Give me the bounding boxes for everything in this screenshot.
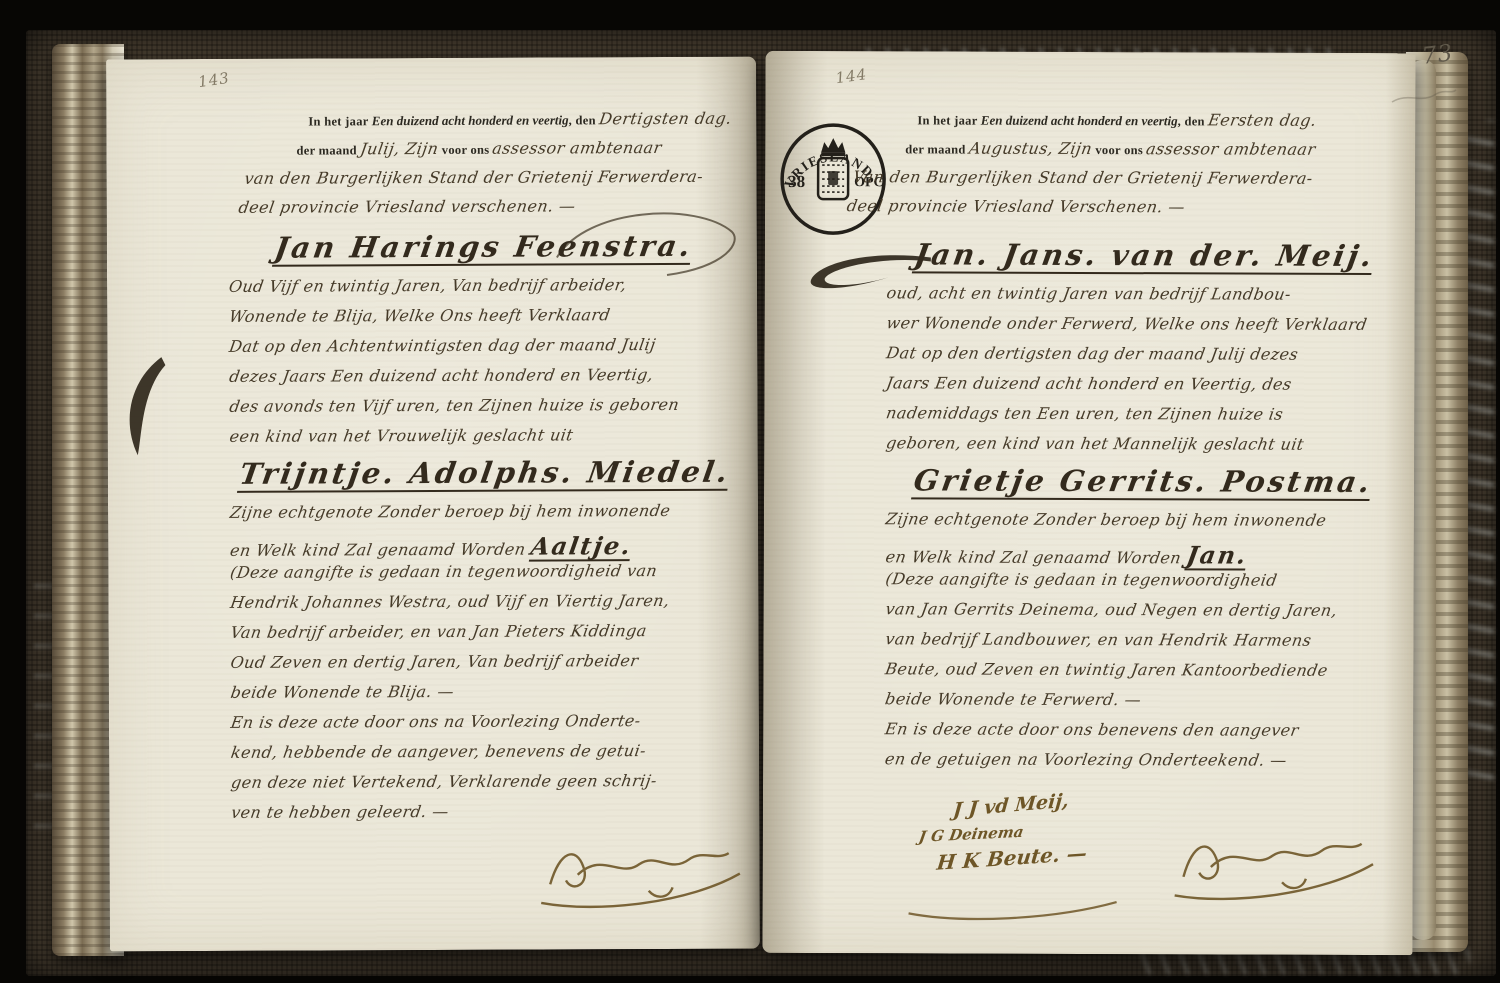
- manuscript-line: Jaars Een duizend acht honderd en Veerti…: [886, 373, 1401, 405]
- manuscript-line: van Jan Gerrits Deinema, oud Negen en de…: [886, 599, 1401, 631]
- manuscript-line: Dat op den dertigsten dag der maand Juli…: [886, 343, 1401, 375]
- handwritten-text: Dat op den Achtentwintigsten dag der maa…: [228, 335, 657, 356]
- declarant-name: Jan Harings Feenstra.: [229, 229, 739, 277]
- handwritten-text: Beute, oud Zeven en twintig Jaren Kantoo…: [884, 659, 1329, 680]
- header-line: Van den Burgerlijken Stand der Grietenij…: [853, 167, 1375, 198]
- manuscript-line: Zijne echtgenote Zonder beroep bij hem i…: [886, 509, 1401, 541]
- official-signature: [1158, 813, 1393, 913]
- mother-name: Grietje Gerrits. Postma.: [886, 463, 1401, 511]
- witness-signature: J J vd Meij,: [952, 788, 1088, 821]
- handwritten-text: Van bedrijf arbeider, en van Jan Pieters…: [229, 621, 648, 642]
- handwritten-text: geboren, een kind van het Mannelijk gesl…: [885, 433, 1306, 453]
- manuscript-line: beide Wonende te Blija. —: [231, 681, 741, 713]
- manuscript-line: des avonds ten Vijf uren, ten Zijnen hui…: [230, 395, 740, 427]
- act-header: In het jaar Een duizend acht honderd en …: [296, 109, 737, 227]
- manuscript-line: en de getuigen na Voorlezing Onderteeken…: [885, 749, 1400, 781]
- manuscript-line: Oud Zeven en dertig Jaren, Van bedrijf a…: [231, 651, 741, 683]
- child-name: Aaltje.: [529, 531, 634, 560]
- handwritten-text: Julij, Zijn: [359, 139, 440, 158]
- header-line: van den Burgerlijken Stand der Grietenij…: [245, 167, 737, 198]
- ink-flourish: [111, 351, 171, 461]
- handwritten-text: En is deze acte door ons na Voorlezing O…: [229, 711, 642, 732]
- handwritten-text: Eersten dag.: [1207, 110, 1318, 129]
- header-line: In het jaar Een duizend acht honderd en …: [917, 109, 1375, 140]
- handwritten-text: oud, acht en twintig Jaren van bedrijf L…: [885, 283, 1292, 303]
- handwritten-text: wer Wonende onder Ferwerd, Welke ons hee…: [885, 313, 1368, 334]
- manuscript-line: Oud Vijf en twintig Jaren, Van bedrijf a…: [229, 275, 739, 307]
- handwritten-text: Oud Vijf en twintig Jaren, Van bedrijf a…: [228, 275, 628, 296]
- printed-text: Een duizend acht honderd en veertig: [372, 112, 569, 128]
- manuscript-line: kend, hebbende de aangever, benevens de …: [231, 741, 741, 773]
- handwritten-text: (Deze aangifte is gedaan in tegenwoordig…: [884, 569, 1278, 589]
- printed-text: Een duizend acht honderd en veertig: [981, 113, 1178, 129]
- printed-text: , den: [1178, 114, 1209, 128]
- page-number: 143: [197, 69, 231, 91]
- header-line: deel provincie Vriesland verschenen. —: [239, 196, 737, 227]
- witness-signature: H K Beute. —: [936, 841, 1089, 875]
- handwritten-text: Augustus, Zijn: [968, 139, 1094, 158]
- handwritten-text: beide Wonende te Ferwerd. —: [884, 689, 1143, 709]
- handwritten-text: assessor ambtenaar: [491, 138, 663, 158]
- handwritten-text: (Deze aangifte is gedaan in tegenwoordig…: [229, 561, 659, 582]
- handwritten-text: beide Wonende te Blija. —: [229, 682, 455, 702]
- witness-signatures: J J vd Meij,J G DeinemaH K Beute. —: [911, 793, 1088, 870]
- header-line: In het jaar Een duizend acht honderd en …: [308, 109, 736, 140]
- handwritten-text: Van den Burgerlijken Stand der Grietenij…: [852, 167, 1315, 188]
- act-body: Jan. Jans. van der. Meij. oud, acht en t…: [885, 237, 1402, 781]
- declarant-name: Jan. Jans. van der. Meij.: [887, 237, 1402, 285]
- act-body: Jan Harings Feenstra. Oud Vijf en twinti…: [229, 229, 742, 833]
- act-header: In het jaar Een duizend acht honderd en …: [905, 109, 1375, 227]
- manuscript-line: gen deze niet Vertekend, Verklarende gee…: [231, 771, 741, 803]
- register-photo: 143 In het jaar Een duizend acht honderd…: [0, 0, 1500, 983]
- handwritten-text: van den Burgerlijken Stand der Grietenij…: [243, 167, 704, 188]
- manuscript-line: (Deze aangifte is gedaan in tegenwoordig…: [230, 561, 740, 593]
- printed-text: , den: [569, 113, 600, 127]
- handwritten-text: gen deze niet Vertekend, Verklarende gee…: [230, 771, 659, 792]
- manuscript-line: Wonende te Blija, Welke Ons heeft Verkla…: [229, 305, 739, 337]
- stamp-value-left: 38: [788, 172, 805, 191]
- manuscript-line: Hendrik Johannes Westra, oud Vijf en Vie…: [230, 591, 740, 623]
- printed-text: In het jaar: [308, 114, 372, 128]
- header-line: der maand Augustus, Zijn voor ons assess…: [905, 138, 1375, 169]
- mother-name: Trijntje. Adolphs. Miedel.: [230, 455, 740, 503]
- printed-text: der maand: [296, 143, 360, 157]
- manuscript-line: Van bedrijf arbeider, en van Jan Pieters…: [231, 621, 741, 653]
- handwritten-text: een kind van het Vrouwelijk geslacht uit: [228, 425, 574, 446]
- manuscript-line: oud, acht en twintig Jaren van bedrijf L…: [887, 283, 1402, 315]
- manuscript-line: beide Wonende te Ferwerd. —: [885, 689, 1400, 721]
- header-line: deel provincie Vriesland Verschenen. —: [847, 196, 1375, 227]
- handwritten-text: van Jan Gerrits Deinema, oud Negen en de…: [884, 599, 1339, 620]
- manuscript-line: en Welk kind Zal genaamd WordenAaltje.: [230, 531, 740, 563]
- folio-number: 73: [1421, 40, 1455, 70]
- printed-text: voor ons: [438, 143, 493, 157]
- manuscript-line: (Deze aangifte is gedaan in tegenwoordig…: [886, 569, 1401, 601]
- stamp-crowned-arms: [818, 138, 848, 199]
- handwritten-text: Wonende te Blija, Welke Ons heeft Verkla…: [228, 305, 612, 326]
- handwritten-text: ven te hebben geleerd. —: [230, 802, 450, 822]
- manuscript-line: van bedrijf Landbouwer, en van Hendrik H…: [885, 629, 1400, 661]
- handwritten-text: Zijne echtgenote Zonder beroep bij hem i…: [884, 509, 1327, 530]
- page-right: 144 VRIESLAND. 38 OPC In het jaar Een du…: [762, 51, 1415, 955]
- handwritten-text: des avonds ten Vijf uren, ten Zijnen hui…: [228, 395, 681, 416]
- handwritten-text: Dat op den dertigsten dag der maand Juli…: [885, 343, 1300, 363]
- handwritten-text: Zijne echtgenote Zonder beroep bij hem i…: [229, 501, 672, 522]
- handwritten-text: en Welk kind Zal genaamd Worden: [229, 540, 527, 560]
- handwritten-text: Hendrik Johannes Westra, oud Vijf en Vie…: [229, 591, 671, 612]
- faint-pencil-mark: [1388, 84, 1458, 110]
- handwritten-text: van bedrijf Landbouwer, en van Hendrik H…: [884, 629, 1313, 649]
- handwritten-text: en de getuigen na Voorlezing Onderteeken…: [884, 749, 1289, 769]
- printed-text: der maand: [905, 142, 969, 156]
- manuscript-line: een kind van het Vrouwelijk geslacht uit: [230, 425, 740, 457]
- manuscript-line: En is deze acte door ons benevens den aa…: [885, 719, 1400, 751]
- handwritten-text: Oud Zeven en dertig Jaren, Van bedrijf a…: [229, 651, 640, 672]
- page-number: 144: [834, 65, 868, 87]
- handwritten-text: Dertigsten dag.: [598, 109, 733, 129]
- handwritten-text: en Welk kind Zal genaamd Worden: [884, 547, 1182, 567]
- header-line: der maand Julij, Zijn voor ons assessor …: [296, 138, 736, 169]
- handwritten-text: En is deze acte door ons benevens den aa…: [884, 719, 1301, 739]
- manuscript-line: wer Wonende onder Ferwerd, Welke ons hee…: [887, 313, 1402, 345]
- printed-text: voor ons: [1092, 143, 1147, 157]
- official-signature: [525, 823, 759, 921]
- manuscript-line: nademiddags ten Een uren, ten Zijnen hui…: [886, 403, 1401, 435]
- handwritten-text: nademiddags ten Een uren, ten Zijnen hui…: [885, 403, 1285, 423]
- handwritten-text: assessor ambtenaar: [1145, 139, 1317, 159]
- handwritten-text: deel provincie Vriesland Verschenen. —: [845, 196, 1186, 216]
- manuscript-line: geboren, een kind van het Mannelijk gesl…: [886, 433, 1401, 465]
- signature-flourish: [903, 893, 1123, 924]
- handwritten-text: Jaars Een duizend acht honderd en Veerti…: [885, 373, 1293, 393]
- child-name: Jan.: [1185, 540, 1250, 569]
- printed-text: In het jaar: [917, 113, 981, 127]
- handwritten-text: dezes Jaars Een duizend acht honderd en …: [228, 365, 655, 386]
- manuscript-line: En is deze acte door ons na Voorlezing O…: [231, 711, 741, 743]
- manuscript-line: Beute, oud Zeven en twintig Jaren Kantoo…: [885, 659, 1400, 691]
- manuscript-line: Zijne echtgenote Zonder beroep bij hem i…: [230, 501, 740, 533]
- manuscript-line: Dat op den Achtentwintigsten dag der maa…: [229, 335, 739, 367]
- page-left: 143 In het jaar Een duizend acht honderd…: [106, 57, 760, 952]
- handwritten-text: kend, hebbende de aangever, benevens de …: [230, 741, 648, 762]
- handwritten-text: deel provincie Vriesland verschenen. —: [237, 196, 577, 216]
- manuscript-line: dezes Jaars Een duizend acht honderd en …: [229, 365, 739, 397]
- manuscript-line: en Welk kind Zal genaamd WordenJan.: [886, 539, 1401, 571]
